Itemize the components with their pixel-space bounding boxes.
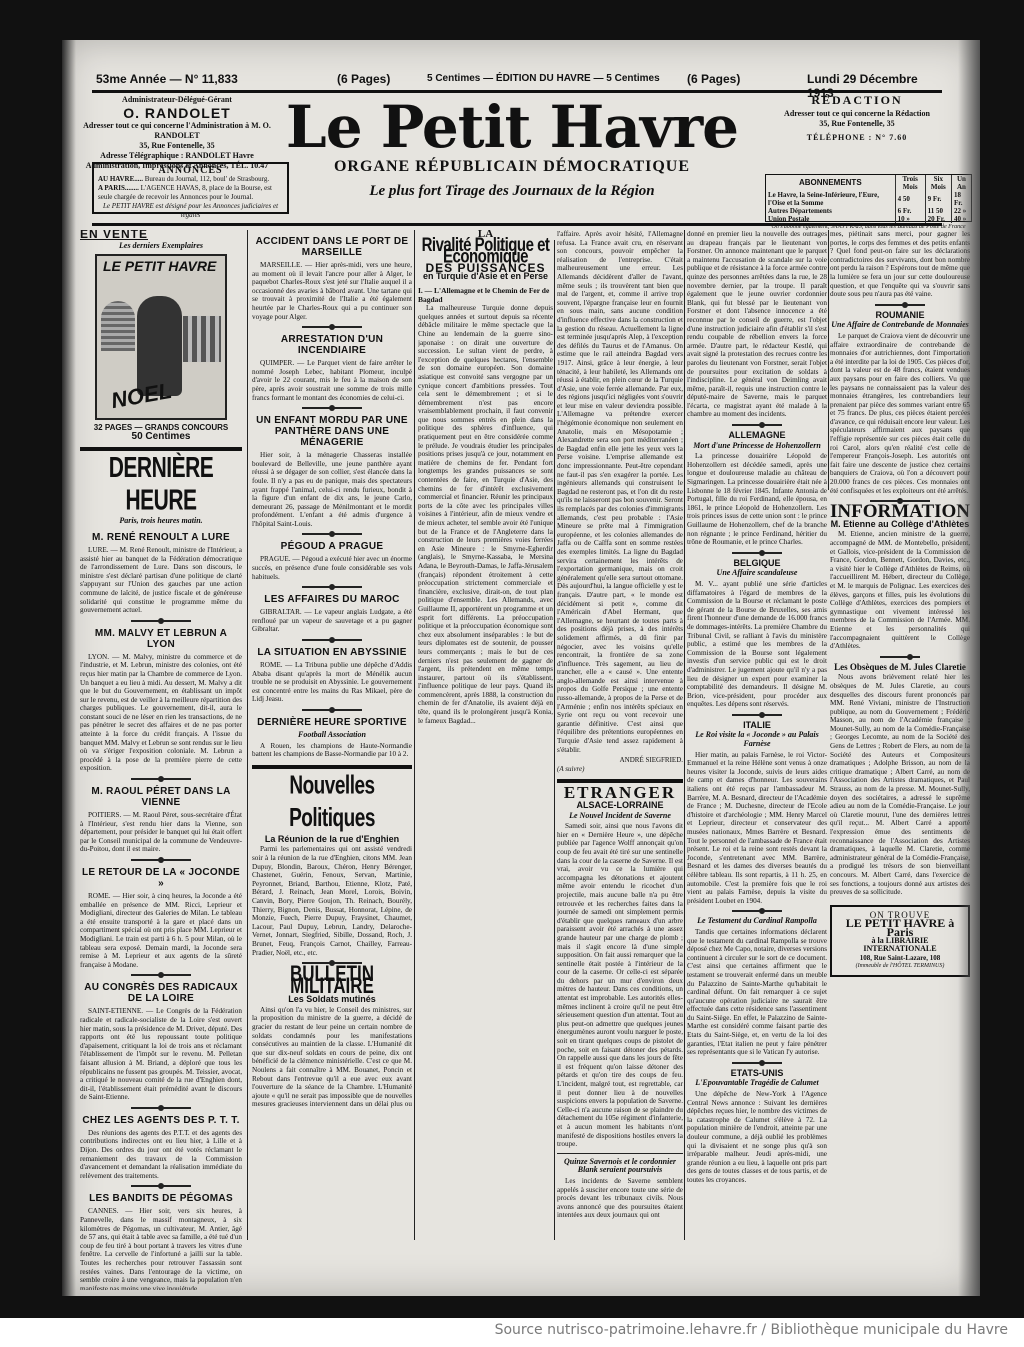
article-body: GIBRALTAR. — Le vapeur anglais Ludgate, … [252,608,412,634]
col2-articles: ACCIDENT DANS LE PORT DE MARSEILLEMARSEI… [252,236,412,759]
article-body: Hier matin, au palais Farnèse, le roi Vi… [687,751,827,906]
article-heading: LES AFFAIRES DU MAROC [252,594,412,605]
redaction-title: RÉDACTION [757,95,957,105]
abonnements-row-label: Autres Départements [766,207,895,215]
column-2: ACCIDENT DANS LE PORT DE MARSEILLEMARSEI… [252,230,412,1110]
ornament-divider [302,586,362,588]
article-body: M. Etienne, ancien ministre de la guerre… [830,530,970,650]
news-article: UN ENFANT MORDU PAR UNE PANTHÈRE DANS UN… [252,415,412,528]
article-chapter: I. — L'Allemagne et le Chemin de Fer de … [418,287,553,304]
abonnements-table: ABONNEMENTS Trois Mois Six Mois Un An Le… [765,174,972,222]
section-heading: ALLEMAGNE [687,431,827,440]
section-heading: ITALIE [687,721,827,730]
article-heading: LE RETOUR DE LA « JOCONDE » [80,867,242,889]
admin-name: O. RANDOLET [82,105,272,121]
dateline: Paris, trois heures matin. [80,517,242,526]
short-rule [732,424,782,426]
newspaper-title: Le Petit Havre [277,95,747,159]
article-body: Hier soir, à la ménagerie Chasseras inst… [252,451,412,528]
article-body: M. V... ayant publié une série d'article… [687,580,827,709]
article-subheading: Quinze Savernois et le cordonnier Blank … [557,1158,683,1175]
article-subtitle: en Turquie d'Asie et en Perse [418,272,553,281]
newspaper-page: 53me Année — N° 11,833 (6 Pages) 5 Centi… [62,40,980,1296]
article-body: ROME. — Hier soir, à cinq heures, la Joc… [80,892,242,969]
abonnements-row: Autres Départements 6 Fr. 11 50 22 » [766,207,971,215]
abonnements-price: 22 » [951,207,971,215]
article-subheading: Le Nouvel Incident de Saverne [557,812,683,821]
abonnements-price: 4 50 [895,191,925,207]
article-body: mes, piétinait sans merci, pour gagner l… [830,230,970,299]
abonnements-price: 40 » [951,215,971,223]
redaction-line: Adresser tout ce qui concerne la Rédacti… [757,109,957,119]
news-article: LES AFFAIRES DU MAROCGIBRALTAR. — Le vap… [252,594,412,634]
section-heading: ROUMANIE [830,311,970,320]
librairie-box: ON TROUVE LE PETIT HAVRE à Paris à la LI… [830,905,970,977]
article-heading: CHEZ LES AGENTS DES P. T. T. [80,1115,242,1126]
news-article: LES BANDITS DE PÉGOMASCANNES. — Hier soi… [80,1193,242,1290]
poster-noel: NOEL [111,386,173,405]
article-body: A Rouen, les champions de Haute-Normandi… [252,742,412,759]
abonnements-price: 20 Fr. [925,215,951,223]
news-article: DERNIÈRE HEURE SPORTIVEFootball Associat… [252,717,412,759]
short-rule [732,1062,782,1064]
article-subheading: Une Affaire scandaleuse [687,569,827,578]
ornament-divider [302,639,362,641]
abonnements-header: Un An [951,175,971,191]
short-rule [875,304,925,306]
section-heading: BELGIQUE [687,559,827,568]
article-heading: PÉGOUD A PRAGUE [252,541,412,552]
column-divider [684,230,685,1240]
bulletin-militaire-heading: BULLETIN MILITAIRE [252,970,412,992]
abonnements-price: 10 » [895,215,925,223]
article-subheading: Football Association [252,731,412,740]
a-suivre: (A suivre) [557,765,683,774]
pages-count-left: (6 Pages) [337,72,390,86]
redaction-block: RÉDACTION Adresser tout ce qui concerne … [757,95,957,143]
article-heading: MM. MALVY ET LEBRUN A LYON [80,628,242,650]
redaction-phone: TÉLÉPHONE : N° 7.60 [757,133,957,143]
newspaper-subtitle: ORGANE RÉPUBLICAIN DÉMOCRATIQUE [277,158,747,176]
abonnements-price: 6 Fr. [895,207,925,215]
short-rule [880,656,920,658]
short-rule [732,714,782,716]
article-body: POITIERS. — M. Raoul Péret, sous-secréta… [80,811,242,854]
ornament-divider [870,500,930,502]
article-body: Le parquet de Craiova vient de découvrir… [830,332,970,495]
abonnements-title: ABONNEMENTS [766,175,895,191]
admin-label: Administrateur-Délégué-Gérant [82,95,272,105]
abonnements-row: Union Postale 10 » 20 Fr. 40 » [766,215,971,223]
article-subheading: Le Testament du Cardinal Rampolla [687,917,827,926]
article-body: SAINT-ETIENNE. — Le Congrès de la Fédéra… [80,1007,242,1102]
article-subheading: La Réunion de la rue d'Enghien [252,835,412,844]
news-article: PÉGOUD A PRAGUEPRAGUE. — Pégoud a exécut… [252,541,412,581]
dome-illustration [101,301,135,351]
article-signature: ANDRÉ SIEGFRIED. [557,756,683,765]
box-line: (Immeuble de l'HÔTEL TERMINUS) [834,962,966,971]
article-body: QUIMPER. — Le Parquet vient de faire arr… [252,359,412,402]
source-attribution: Source nutrisco-patrimoine.lehavre.fr / … [495,1322,1008,1338]
derniere-heure-heading: DERNIÈRE HEURE [80,453,242,518]
article-body: Parmi les parlementaires qui ont assisté… [252,845,412,957]
box-line: à la LIBRAIRIE INTERNATIONALE [834,937,966,954]
news-article: ACCIDENT DANS LE PORT DE MARSEILLEMARSEI… [252,236,412,321]
abonnements-price: 11 50 [925,207,951,215]
news-article: LE RETOUR DE LA « JOCONDE »ROME. — Hier … [80,867,242,969]
article-body: l'affaire. Après avoir hésité, l'Allemag… [557,230,683,754]
article-body: Tandis que certaines informations déclar… [687,928,827,1057]
section-rule [252,765,412,769]
newspaper-tagline: Le plus fort Tirage des Journaux de la R… [277,183,747,200]
column-divider [828,230,829,490]
article-heading: ARRESTATION D'UN INCENDIAIRE [252,334,412,356]
article-heading: M. RAOUL PÉRET DANS LA VIENNE [80,786,242,808]
nouvelles-politiques-heading: Nouvelles Politiques [252,770,412,835]
annonces-note: Le PETIT HAVRE est désigné pour les Anno… [98,202,283,220]
ornament-divider [131,859,191,861]
column-5: donné en premier lieu la nouvelle des ou… [687,230,827,1280]
news-article: AU CONGRÈS DES RADICAUX DE LA LOIRESAINT… [80,982,242,1102]
annonces-havre-text: Bureau du Journal, 112, boul' de Strasbo… [145,175,269,183]
ornament-divider [131,778,191,780]
article-subheading: L'Epouvantable Tragédie de Calumet [687,1079,827,1088]
col1-articles: M. RENÉ RENOULT A LURELURE. — M. René Re… [80,532,242,1290]
section-heading: ALSACE-LORRAINE [557,801,683,810]
article-heading: UN ENFANT MORDU PAR UNE PANTHÈRE DANS UN… [252,415,412,448]
abonnements-row: Le Havre, la Seine-Inférieure, l'Eure, l… [766,191,971,207]
news-article: LA SITUATION EN ABYSSINIEROME. — La Trib… [252,647,412,704]
annonces-box: ANNONCES AU HAVRE..... Bureau du Journal… [92,162,289,214]
article-body: Une dépêche de New-York à l'Agence Centr… [687,1090,827,1185]
article-body: donné en premier lieu la nouvelle des ou… [687,230,827,419]
news-article: M. RAOUL PÉRET DANS LA VIENNEPOITIERS. —… [80,786,242,854]
article-heading: LA SITUATION EN ABYSSINIE [252,647,412,658]
masthead-rule [92,223,942,226]
box-line: LE PETIT HAVRE à Paris [834,919,966,936]
derniers-exemplaires: Les derniers Exemplaires [80,242,242,251]
column-6: mes, piétinait sans merci, pour gagner l… [830,230,970,1280]
abonnements-price: 18 Fr. [951,191,971,207]
article-heading: DERNIÈRE HEURE SPORTIVE [252,717,412,728]
building-illustration [183,316,221,362]
abonnements-header: Trois Mois [895,175,925,191]
article-subheading: Mort d'une Princesse de Hohenzollern [687,442,827,451]
abonnements-price: 9 Fr. [925,191,951,207]
article-body: Des réunions des agents des P.T.T. et de… [80,1129,242,1181]
ornament-divider [131,1107,191,1109]
noel-poster-illustration: LE PETIT HAVRE NOEL [95,254,227,420]
article-heading: ACCIDENT DANS LE PORT DE MARSEILLE [252,236,412,258]
year-number: 53me Année — N° 11,833 [96,72,238,86]
supplement-price: 50 Centimes [80,433,242,442]
rivalite-title-block: LA Rivalité Politique et Economique DES … [418,230,553,304]
ornament-divider [302,407,362,409]
section-heading: ETATS-UNIS [687,1069,827,1078]
article-body: Samedi soir, ainsi que nous l'avons dit … [557,822,683,1149]
column-4: l'affaire. Après avoir hésité, l'Allemag… [557,230,683,1280]
news-article: MM. MALVY ET LEBRUN A LYONLYON. — M. Mal… [80,628,242,773]
article-heading: M. RENÉ RENOULT A LURE [80,532,242,543]
ornament-divider [302,326,362,328]
ornament-divider [131,1185,191,1187]
article-body: LYON. — M. Malvy, ministre du commerce e… [80,653,242,773]
administration-block: Administrateur-Délégué-Gérant O. RANDOLE… [82,95,272,171]
article-heading: AU CONGRÈS DES RADICAUX DE LA LOIRE [80,982,242,1004]
abonnements-row-label: Union Postale [766,215,895,223]
article-body: MARSEILLE. — Hier après-midi, vers une h… [252,261,412,321]
informations-heading: INFORMATIONS [830,508,970,517]
article-body: Ainsi qu'on l'a vu hier, le Conseil des … [252,1006,412,1110]
abonnements-header: Six Mois [925,175,951,191]
news-article: ARRESTATION D'UN INCENDIAIREQUIMPER. — L… [252,334,412,402]
price-edition: 5 Centimes — ÉDITION DU HAVRE — 5 Centim… [427,73,660,84]
article-heading: LES BANDITS DE PÉGOMAS [80,1193,242,1204]
col5-sections: ALLEMAGNEMort d'une Princesse de Hohenzo… [687,424,827,1185]
news-article: M. RENÉ RENOULT A LURELURE. — M. René Re… [80,532,242,615]
ornament-divider [302,533,362,535]
article-body: Les incidents de Saverne semblent appelé… [557,1177,683,1220]
article-body: La princesse douairière Léopold de Hohen… [687,452,827,547]
column-divider [247,230,248,1240]
ornament-divider [131,974,191,976]
article-body: LURE. — M. René Renoult, ministre de l'I… [80,546,242,615]
admin-address: 35, Rue Fontenelle, 35 [82,141,272,151]
annonces-title: ANNONCES [98,166,283,175]
column-divider [554,240,555,1240]
masthead-topline: 53me Année — N° 11,833 (6 Pages) 5 Centi… [92,70,942,93]
section-rule [80,447,242,451]
admin-line: Adresser tout ce qui concerne l'Administ… [82,121,272,141]
redaction-address: 35, Rue Fontenelle, 35 [757,119,957,129]
article-body: Nous avons brièvement relaté hier les ob… [830,673,970,896]
source-bar: Source nutrisco-patrimoine.lehavre.fr / … [0,1318,1024,1347]
article-body: PRAGUE. — Pégoud a exécuté hier avec un … [252,555,412,581]
short-rule [732,552,782,554]
column-divider [414,230,415,1240]
article-body: ROME. — La Tribuna publie une dépêche d'… [252,661,412,704]
en-vente-heading: EN VENTE [80,230,242,239]
article-headline: Rivalité Politique et Economique [418,240,553,262]
column-3: LA Rivalité Politique et Economique DES … [418,230,553,1280]
pages-count-right: (6 Pages) [687,72,740,86]
admin-telegraph: Adresse Télégraphique : RANDOLET Havre [82,151,272,161]
ornament-divider [131,620,191,622]
article-subheading: Une Affaire de Contrebande de Monnaies [830,321,970,330]
box-line: 108, Rue Saint-Lazare, 108 [834,954,966,963]
article-subheading: Le Roi visite la « Joconde » au Palais F… [687,731,827,748]
article-body: CANNES. — Hier soir, vers six heures, à … [80,1207,242,1290]
ornament-divider [302,709,362,711]
column-1: EN VENTE Les derniers Exemplaires LE PET… [80,230,242,1290]
annonces-havre-label: AU HAVRE..... [98,175,143,183]
annonces-paris-label: A PARIS........ [98,184,139,192]
news-article: CHEZ LES AGENTS DES P. T. T.Des réunions… [80,1115,242,1181]
etranger-heading: ETRANGER [557,789,683,798]
article-body: La malheureuse Turquie donne depuis quel… [418,304,553,725]
article-subheading: Les Obsèques de M. Jules Claretie [830,663,970,672]
short-rule [732,910,782,912]
abonnements-row-label: Le Havre, la Seine-Inférieure, l'Eure, l… [766,191,895,207]
article-subheading: M. Etienne au Collège d'Athlètes [830,520,970,529]
poster-title: LE PETIT HAVRE [103,262,216,271]
